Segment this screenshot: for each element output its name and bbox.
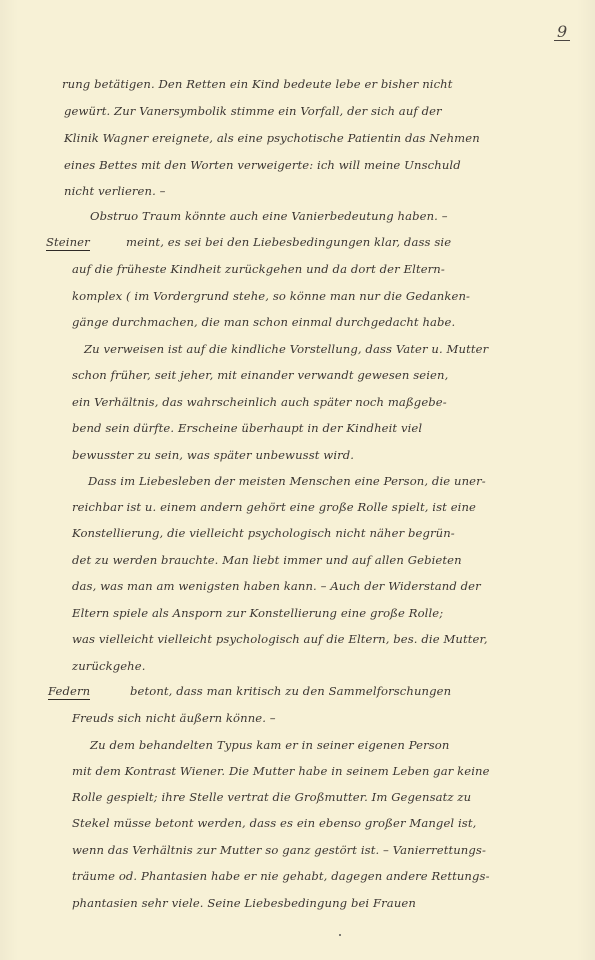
manuscript-line: det zu werden brauchte. Man liebt immer … <box>72 552 462 568</box>
manuscript-line: mit dem Kontrast Wiener. Die Mutter habe… <box>72 763 490 779</box>
manuscript-line: betont, dass man kritisch zu den Sammelf… <box>130 683 451 699</box>
manuscript-line: ein Verhältnis, das wahrscheinlich auch … <box>72 394 447 410</box>
manuscript-line: Zu verweisen ist auf die kindliche Vorst… <box>84 341 488 357</box>
manuscript-line: Obstruo Traum könnte auch eine Vanierbed… <box>90 208 448 224</box>
manuscript-line: was vielleicht vielleicht psychologisch … <box>72 631 488 647</box>
manuscript-line: reichbar ist u. einem andern gehört eine… <box>72 499 476 515</box>
manuscript-line: rung betätigen. Den Retten ein Kind bede… <box>62 76 453 92</box>
manuscript-line: eines Bettes mit den Worten verweigerte:… <box>64 157 461 173</box>
manuscript-line: Rolle gespielt; ihre Stelle vertrat die … <box>72 789 471 805</box>
manuscript-line: träume od. Phantasien habe er nie gehabt… <box>72 868 490 884</box>
manuscript-line: bewusster zu sein, was später unbewusst … <box>72 447 354 463</box>
manuscript-line: Klinik Wagner ereignete, als eine psycho… <box>64 130 480 146</box>
manuscript-line: nicht verlieren. – <box>64 183 166 199</box>
manuscript-line: gänge durchmachen, die man schon einmal … <box>72 314 455 330</box>
manuscript-line: gewürt. Zur Vanersymbolik stimme ein Vor… <box>64 103 442 119</box>
manuscript-line: wenn das Verhältnis zur Mutter so ganz g… <box>72 842 486 858</box>
speaker-label: Steiner <box>46 234 90 250</box>
manuscript-line: Freuds sich nicht äußern könne. – <box>72 710 276 726</box>
manuscript-line: Zu dem behandelten Typus kam er in seine… <box>90 737 449 753</box>
manuscript-line: zurückgehe. <box>72 658 146 674</box>
speaker-name-underlined: Steiner <box>46 235 90 251</box>
manuscript-line: Eltern spiele als Ansporn zur Konstellie… <box>72 605 443 621</box>
manuscript-line: Dass im Liebesleben der meisten Menschen… <box>88 473 486 489</box>
manuscript-line: meint, es sei bei den Liebesbedingungen … <box>126 234 451 250</box>
manuscript-line: Stekel müsse betont werden, dass es ein … <box>72 815 476 831</box>
manuscript-line: bend sein dürfte. Erscheine überhaupt in… <box>72 420 422 436</box>
speaker-label: Federn <box>48 683 90 699</box>
manuscript-line: phantasien sehr viele. Seine Liebesbedin… <box>72 895 416 911</box>
manuscript-line: Konstellierung, die vielleicht psycholog… <box>72 525 455 541</box>
ink-speck <box>339 934 341 936</box>
speaker-name-underlined: Federn <box>48 684 90 700</box>
manuscript-line: schon früher, seit jeher, mit einander v… <box>72 367 448 383</box>
page-number: 9 <box>554 24 570 41</box>
manuscript-line: komplex ( im Vordergrund stehe, so könne… <box>72 288 470 304</box>
manuscript-line: auf die früheste Kindheit zurückgehen un… <box>72 261 445 277</box>
manuscript-line: das, was man am wenigsten haben kann. – … <box>72 578 481 594</box>
